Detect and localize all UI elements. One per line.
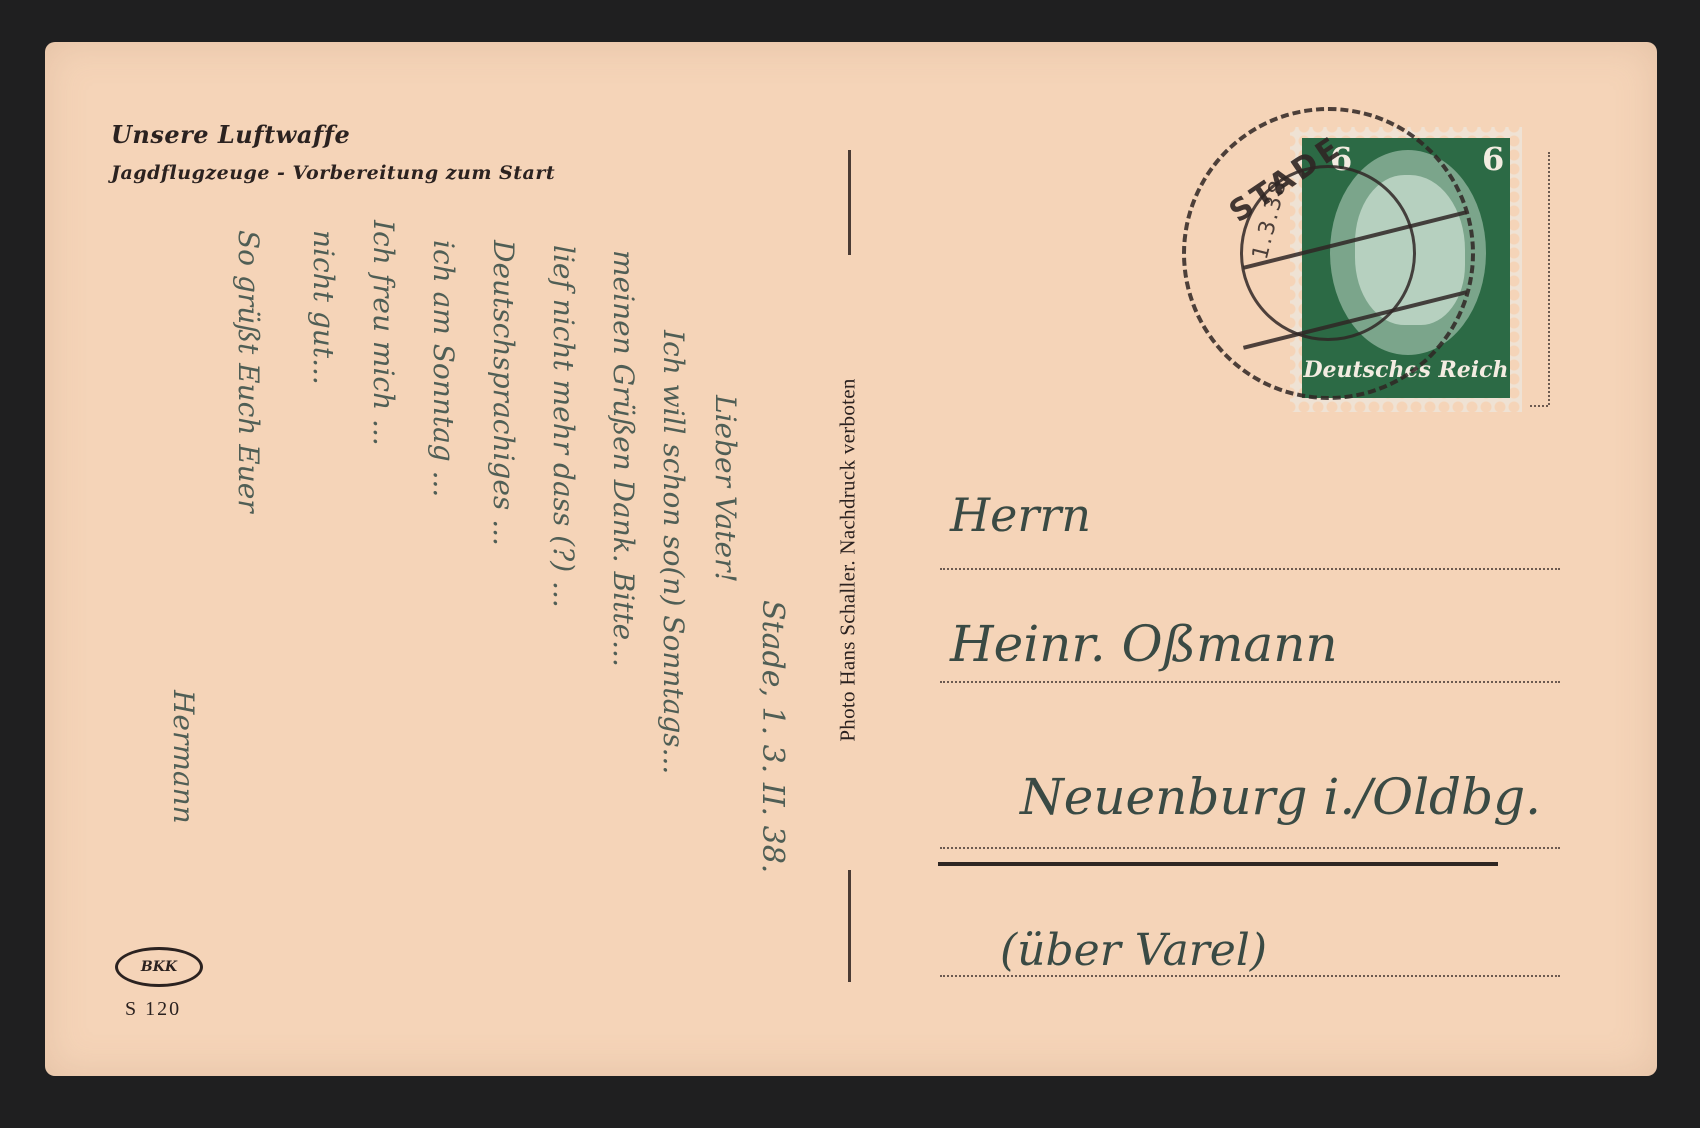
message-line: Ich freu mich ... xyxy=(367,220,400,446)
message-line: So grüßt Euch Euer xyxy=(232,230,265,513)
address-line-1: Herrn xyxy=(950,488,1091,542)
divider-line-top xyxy=(848,150,851,255)
address-dotted-line xyxy=(940,568,1560,570)
message-line: nicht gut... xyxy=(307,230,340,385)
stamp-placement-box-bottom xyxy=(1530,405,1548,407)
address-line-3: Neuenburg i./Oldbg. xyxy=(1020,768,1541,826)
message-line: Deutschsprachiges ... xyxy=(487,240,520,546)
address-underline xyxy=(938,862,1498,866)
address-dotted-line xyxy=(940,847,1560,849)
photo-credit: Photo Hans Schaller. Nachdruck verboten xyxy=(836,378,861,741)
stamp-placement-box xyxy=(1548,152,1550,405)
address-line-4: (über Varel) xyxy=(1000,925,1267,976)
message-greeting: Lieber Vater! xyxy=(709,395,742,583)
series-number: S 120 xyxy=(125,998,181,1021)
divider-line-bottom xyxy=(848,870,851,982)
message-line: lief nicht mehr dass (?) ... xyxy=(547,245,580,608)
message-line: ich am Sonntag ... xyxy=(427,240,460,497)
message-place-date: Stade, 1. 3. II. 38. xyxy=(755,600,790,873)
message-line: Ich will schon so(n) Sonntags... xyxy=(657,330,690,774)
stamp-value-right: 6 xyxy=(1482,140,1504,178)
publisher-logo-icon: BKK xyxy=(115,947,203,987)
address-dotted-line xyxy=(940,975,1560,977)
message-signature: Hermann xyxy=(167,690,200,824)
address-dotted-line xyxy=(940,681,1560,683)
message-line: meinen Grüßen Dank. Bitte... xyxy=(607,250,640,667)
address-line-2: Heinr. Oßmann xyxy=(950,615,1338,673)
caption-subtitle: Jagdflugzeuge - Vorbereitung zum Start xyxy=(111,162,555,184)
caption-title: Unsere Luftwaffe xyxy=(111,120,350,149)
